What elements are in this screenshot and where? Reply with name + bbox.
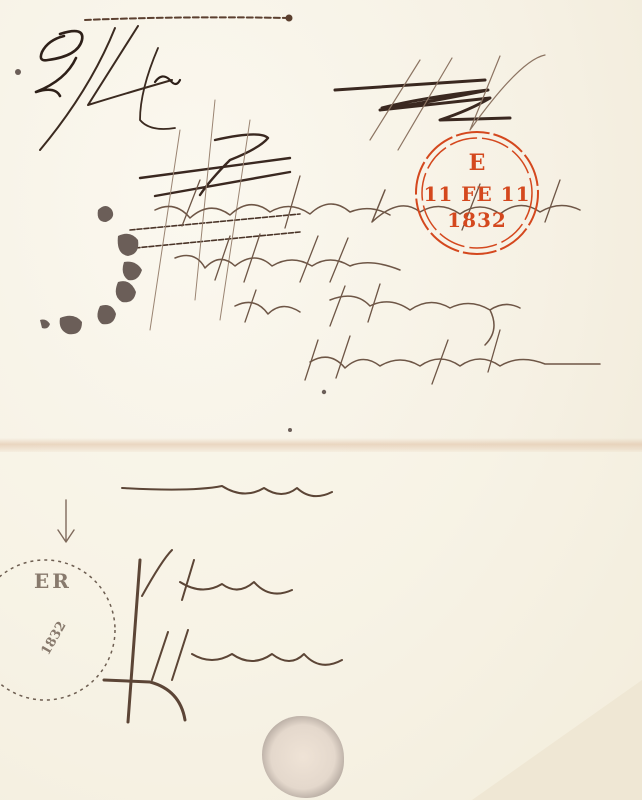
datestamp-year: 1832 (412, 208, 542, 232)
red-datestamp: E 11 FE 11 1832 (412, 128, 542, 258)
datestamp-date: 11 FE 11 (412, 182, 542, 206)
backstamp: ER 1832 (0, 555, 120, 705)
postal-cover: E 11 FE 11 1832 ER 1832 2/4 The Reverend… (0, 0, 642, 800)
backstamp-text: ER (34, 569, 72, 593)
wax-seal (262, 716, 344, 798)
datestamp-letter: E (412, 150, 542, 176)
